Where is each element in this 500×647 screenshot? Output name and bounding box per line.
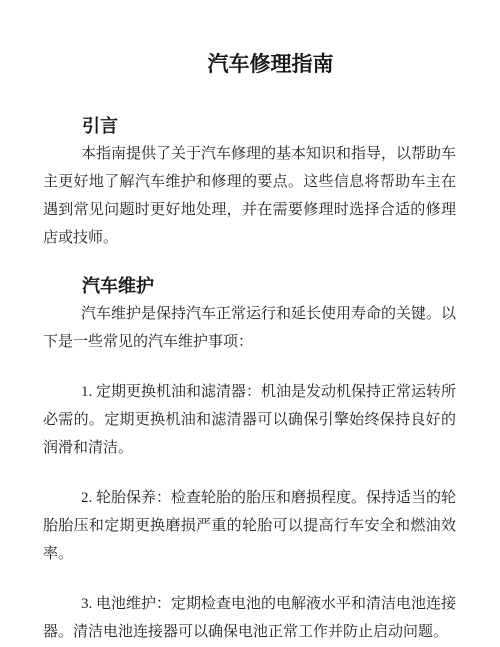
maintenance-item-oil-change: 1. 定期更换机油和滤清器：机油是发动机保持正常运转所必需的。定期更换机油和滤清… bbox=[43, 378, 456, 462]
document-page: 汽车修理指南 引言 本指南提供了关于汽车修理的基本知识和指导，以帮助车主更好地了… bbox=[0, 0, 500, 647]
document-title: 汽车修理指南 bbox=[43, 50, 456, 80]
maintenance-intro-paragraph: 汽车维护是保持汽车正常运行和延长使用寿命的关键。以下是一些常见的汽车维护事项： bbox=[43, 300, 456, 356]
section-heading-maintenance: 汽车维护 bbox=[43, 272, 456, 300]
section-heading-introduction: 引言 bbox=[43, 112, 456, 140]
maintenance-item-tire-care: 2. 轮胎保养：检查轮胎的胎压和磨损程度。保持适当的轮胎胎压和定期更换磨损严重的… bbox=[43, 484, 456, 568]
maintenance-item-battery-care: 3. 电池维护：定期检查电池的电解液水平和清洁电池连接器。清洁电池连接器可以确保… bbox=[43, 590, 456, 646]
introduction-paragraph: 本指南提供了关于汽车修理的基本知识和指导，以帮助车主更好地了解汽车维护和修理的要… bbox=[43, 140, 456, 252]
